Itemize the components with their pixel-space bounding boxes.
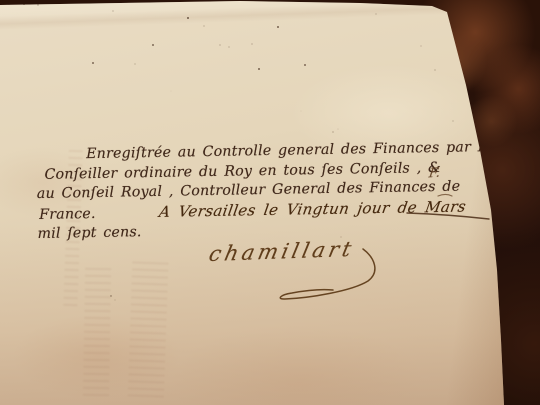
margin-note: F. — [428, 166, 441, 182]
printed-word-france: France. — [39, 205, 96, 226]
signature-chamillart: Chamillart — [207, 237, 357, 266]
parchment-page: Enregiſtrée au Controlle general des Fin… — [0, 0, 540, 405]
ink-specks — [0, 0, 2, 2]
photo-of-document: Enregiſtrée au Controlle general des Fin… — [0, 0, 540, 405]
printed-text-block: Enregiſtrée au Controlle general des Fin… — [36, 138, 490, 245]
bleedthrough-text — [128, 261, 169, 402]
bleedthrough-text — [83, 268, 111, 400]
